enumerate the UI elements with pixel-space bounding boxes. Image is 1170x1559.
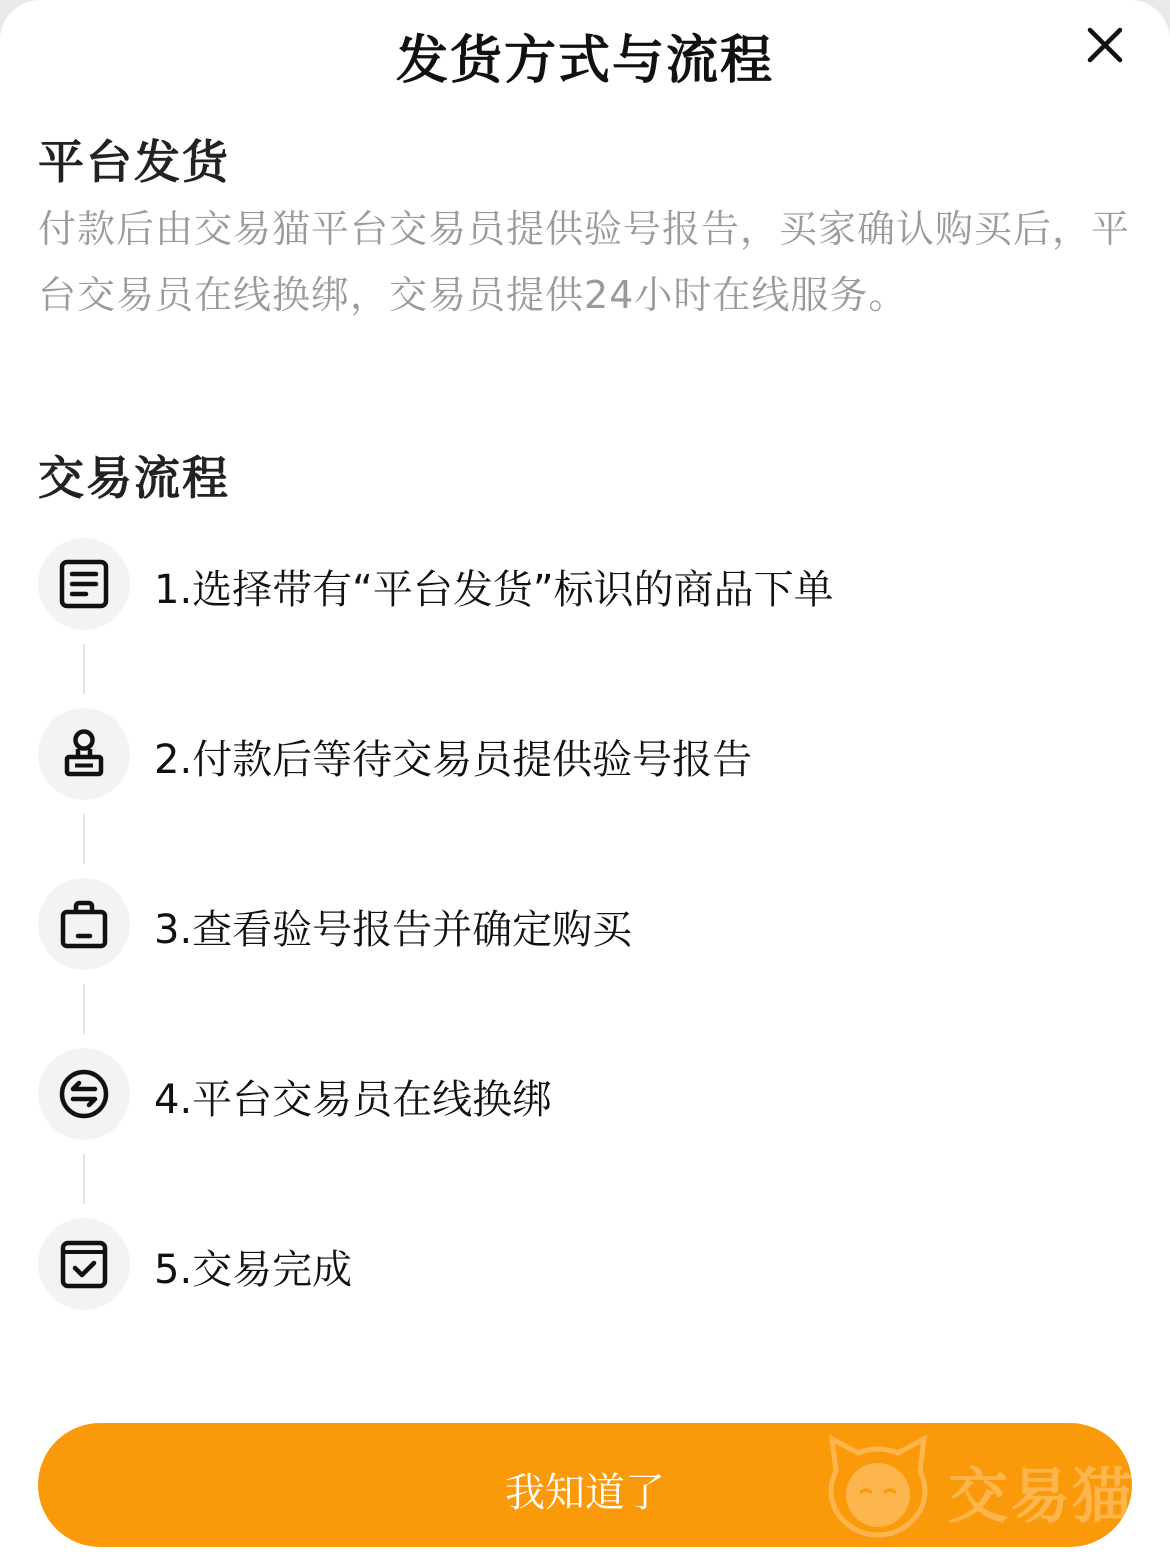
shopping-bag-icon <box>58 898 110 950</box>
document-list-icon <box>58 558 110 610</box>
dialog-header: 发货方式与流程 <box>0 0 1170 110</box>
step-icon-bg <box>38 1048 130 1140</box>
step-label: 3.查看验号报告并确定购买 <box>154 898 632 955</box>
exchange-arrows-icon <box>58 1068 110 1120</box>
step-connector <box>83 984 85 1034</box>
watermark-text: 交易猫 <box>948 1449 1132 1535</box>
step-connector <box>83 1154 85 1204</box>
brand-watermark: 交易猫 <box>818 1431 1132 1539</box>
cat-logo-icon <box>818 1431 938 1539</box>
step-2: 2.付款后等待交易员提供验号报告 <box>38 708 1138 800</box>
step-icon-bg <box>38 878 130 970</box>
close-icon <box>1082 22 1128 68</box>
platform-delivery-description: 付款后由交易猫平台交易员提供验号报告，买家确认购买后，平台交易员在线换绑，交易员… <box>38 196 1138 328</box>
step-icon-bg <box>38 538 130 630</box>
close-button[interactable] <box>1082 22 1128 68</box>
process-heading: 交易流程 <box>38 442 230 508</box>
step-connector <box>83 814 85 864</box>
step-icon-bg <box>38 1218 130 1310</box>
step-1: 1.选择带有“平台发货”标识的商品下单 <box>38 538 1138 630</box>
step-label: 4.平台交易员在线换绑 <box>154 1068 552 1125</box>
step-label: 1.选择带有“平台发货”标识的商品下单 <box>154 558 834 615</box>
stamp-icon <box>58 728 110 780</box>
step-connector <box>83 644 85 694</box>
dialog-title: 发货方式与流程 <box>0 18 1170 93</box>
step-3: 3.查看验号报告并确定购买 <box>38 878 1138 970</box>
step-label: 2.付款后等待交易员提供验号报告 <box>154 728 752 785</box>
step-icon-bg <box>38 708 130 800</box>
calendar-check-icon <box>58 1238 110 1290</box>
bottom-sheet-dialog: 发货方式与流程 平台发货 付款后由交易猫平台交易员提供验号报告，买家确认购买后，… <box>0 0 1170 1559</box>
platform-delivery-heading: 平台发货 <box>38 126 230 192</box>
step-label: 5.交易完成 <box>154 1238 352 1295</box>
step-5: 5.交易完成 <box>38 1218 1138 1310</box>
confirm-button[interactable]: 我知道了 交易猫 <box>38 1423 1132 1547</box>
step-4: 4.平台交易员在线换绑 <box>38 1048 1138 1140</box>
